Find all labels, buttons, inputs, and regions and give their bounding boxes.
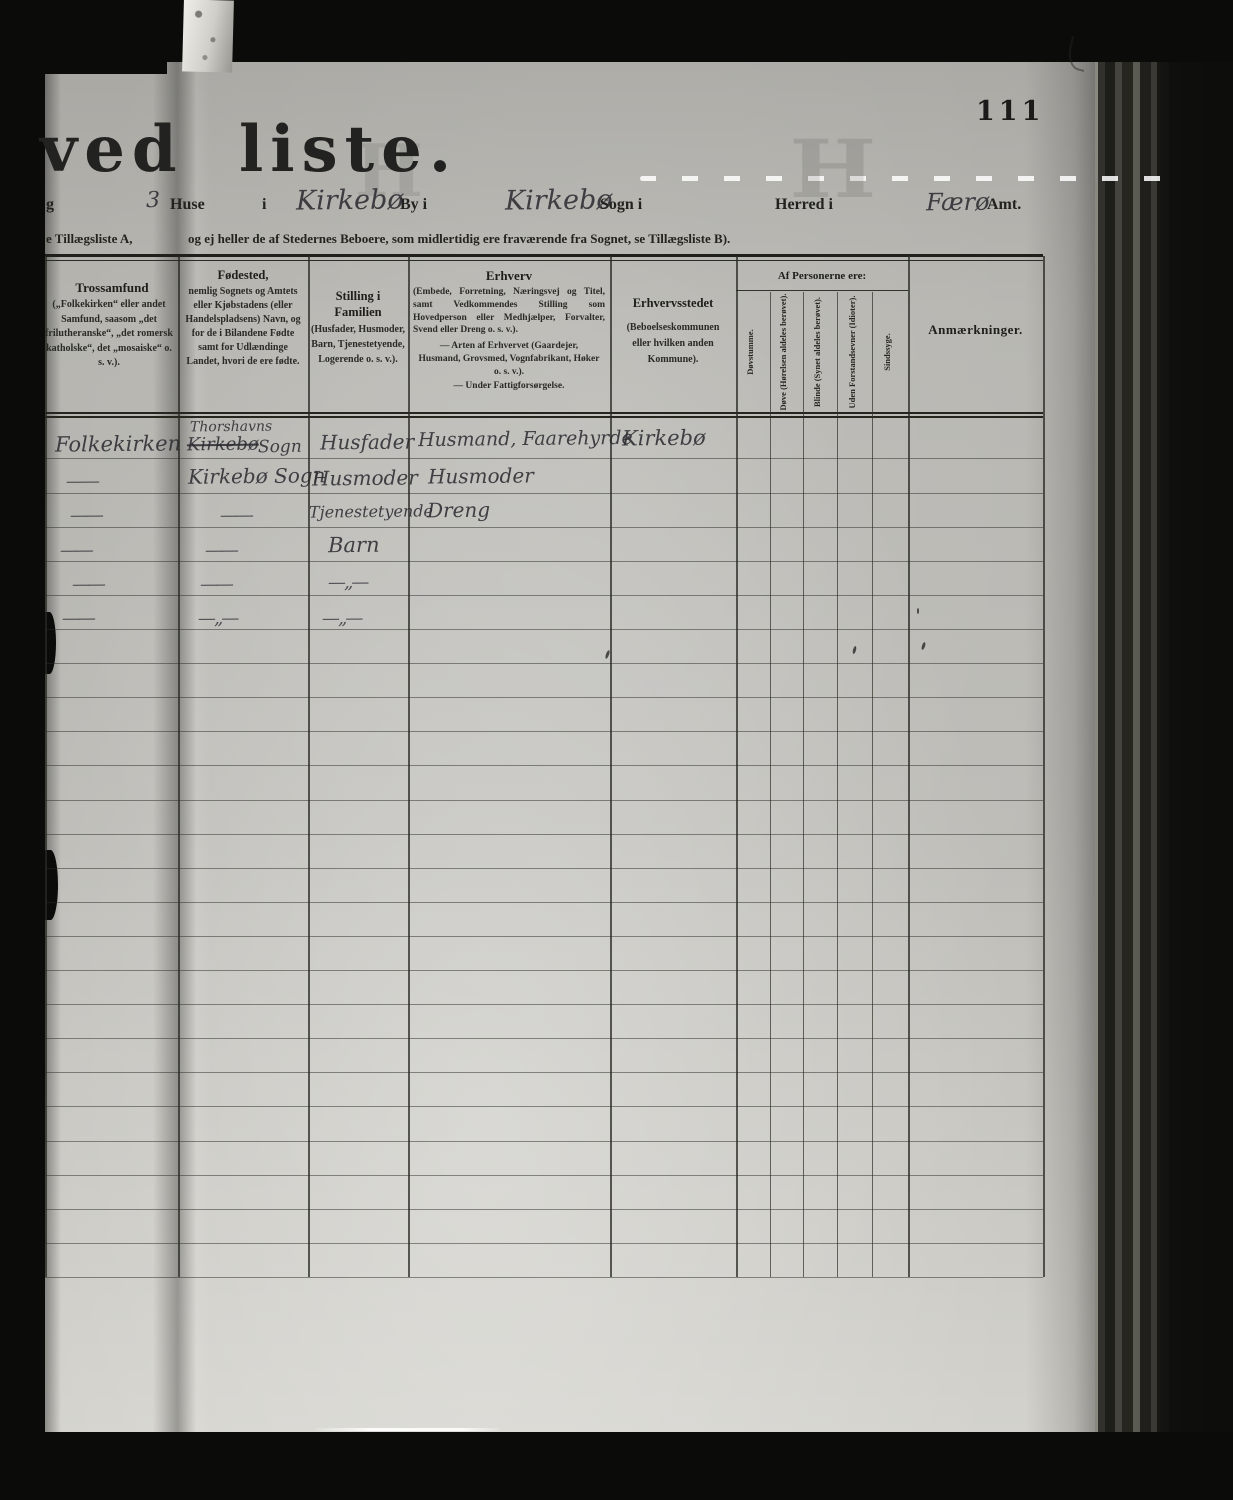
table-rule-horizontal — [45, 970, 1043, 971]
houses-label: Huse — [170, 196, 205, 214]
col-header-erhverv: Erhverv — [412, 268, 606, 284]
table-rule-horizontal — [45, 697, 1043, 698]
table-rule-horizontal — [45, 1209, 1043, 1210]
table-rule-horizontal — [45, 254, 1043, 257]
table-rule-vertical — [308, 256, 310, 1277]
amt-label: Amt. — [987, 196, 1021, 214]
col-header-foedested: Fødested, — [182, 268, 304, 283]
table-rule-horizontal — [45, 902, 1043, 903]
cell-stilling-r5: —„— — [328, 572, 368, 593]
page-title: ved liste. — [40, 112, 458, 187]
table-rule-horizontal — [45, 1106, 1043, 1107]
page-number: 111 — [976, 96, 1044, 127]
col-header-trossamfund: Trossamfund — [48, 280, 176, 296]
note-text: og ej heller de af Stedernes Beboere, so… — [188, 231, 730, 247]
cell-erhverv-r1: Husmand, Faarehyrde — [418, 427, 633, 451]
film-scratch — [640, 176, 1165, 181]
table-rule-vertical — [178, 256, 180, 1277]
cell-foedested-r4: —— — [205, 540, 237, 561]
cell-erhverv-r3: Dreng — [427, 498, 490, 523]
archive-tab — [182, 0, 234, 73]
status-col-sindssyge: Sindssyge. — [883, 292, 897, 412]
table-rule-horizontal — [45, 1243, 1043, 1244]
amt-value: Færø — [926, 188, 990, 217]
cell-trossamfund-r4: —— — [60, 540, 92, 561]
table-rule-vertical — [408, 256, 410, 1277]
col-subheader-stilling: (Husfader, Husmoder, Barn, Tjenestetyend… — [310, 322, 406, 367]
in-label: i — [262, 196, 266, 214]
book-edges-shadow — [1160, 0, 1233, 1500]
table-rule-horizontal — [45, 527, 1043, 528]
table-rule-horizontal — [45, 493, 1043, 494]
table-rule-horizontal — [45, 765, 1043, 766]
sogn-label: Sogn i — [600, 196, 642, 214]
status-col-blinde: Blinde (Synet aldeles berøvet). — [813, 292, 827, 412]
table-rule-horizontal — [45, 663, 1043, 664]
col-subheader-erhverv-2: — Arten af Erhvervet (Gaardejer, Husmand… — [418, 340, 600, 378]
cell-trossamfund-r5: —— — [72, 574, 104, 595]
film-scratch-bottom — [315, 1428, 500, 1431]
table-rule-horizontal — [736, 290, 908, 291]
table-rule-vertical — [1043, 256, 1045, 1277]
table-rule-vertical — [837, 292, 838, 1277]
cell-foedested-suffix-r1: Sogn — [258, 437, 302, 457]
table-rule-horizontal — [45, 561, 1043, 562]
by-label: By i — [400, 196, 427, 214]
table-rule-vertical — [770, 292, 771, 1277]
table-rule-horizontal — [45, 458, 1043, 459]
table-rule-horizontal — [45, 1072, 1043, 1073]
ink-speck — [917, 608, 919, 614]
sogn-value: Kirkebø — [505, 184, 613, 216]
table-rule-horizontal — [45, 868, 1043, 869]
status-col-dovstumme: Døvstumme. — [746, 292, 760, 412]
photo-black-margin-left — [0, 0, 45, 1500]
table-rule-horizontal — [45, 731, 1043, 732]
table-rule-horizontal — [45, 1004, 1043, 1005]
col-subheader-trossamfund: („Folkekirken“ eller andet Samfund, saas… — [42, 298, 176, 371]
table-rule-vertical — [908, 256, 910, 1277]
cell-trossamfund-r1: Folkekirken — [55, 431, 181, 456]
group-header-af-personerne: Af Personerne ere: — [736, 270, 908, 282]
table-rule-horizontal — [45, 1175, 1043, 1176]
table-rule-horizontal — [45, 834, 1043, 835]
cell-stilling-r3: Tjenestetyende — [309, 501, 433, 521]
col-subheader-erhverv-3: — Under Fattigforsørgelse. — [418, 381, 600, 391]
cell-foedested-r5: —— — [200, 574, 232, 595]
cell-stilling-r2: Husmoder — [312, 465, 418, 490]
table-rule-horizontal — [45, 412, 1043, 414]
herred-label: Herred i — [775, 196, 833, 214]
table-rule-vertical — [736, 256, 738, 1277]
col-header-stilling: Stilling i Familien — [312, 288, 404, 321]
cell-stilling-r1: Husfader — [320, 430, 414, 455]
photo-black-margin-bottom — [0, 1432, 1233, 1500]
col-header-erhvervsstedet: Erhvervsstedet — [614, 296, 732, 311]
table-rule-horizontal — [45, 416, 1043, 418]
table-rule-vertical — [610, 256, 612, 1277]
status-col-uden-forstandsevner: Uden Forstandsevner (Idioter). — [848, 292, 862, 412]
table-rule-horizontal — [45, 260, 1043, 261]
page-left-shadow — [45, 62, 61, 1432]
page-curl-shadow — [1025, 62, 1095, 1432]
table-rule-horizontal — [45, 1038, 1043, 1039]
table-rule-horizontal — [45, 1277, 1043, 1278]
table-rule-vertical — [803, 292, 804, 1277]
cell-foedested-r6: —„— — [198, 608, 238, 629]
cell-foedested-r3: —— — [220, 505, 252, 526]
table-rule-horizontal — [45, 1141, 1043, 1142]
cell-stilling-r4: Barn — [328, 533, 380, 558]
page-top-notch — [45, 62, 167, 74]
cell-stilling-r6: —„— — [322, 608, 362, 629]
cell-foedested-struck-r1: Kirkebø — [187, 434, 259, 456]
census-scan-photo: { "page": { "number": "111", "title_frag… — [0, 0, 1233, 1500]
houses-count-value: 3 — [146, 188, 160, 213]
by-value: Kirkebø — [296, 184, 404, 216]
col-subheader-foedested: nemlig Sognets og Amtets eller Kjøbstade… — [182, 285, 304, 369]
note-left-fragment: e Tillægsliste A, — [46, 231, 133, 247]
cell-trossamfund-r2: —— — [66, 471, 98, 492]
col-subheader-erhverv-1: (Embede, Forretning, Næringsvej og Titel… — [413, 286, 605, 337]
table-rule-horizontal — [45, 936, 1043, 937]
table-rule-horizontal — [45, 629, 1043, 630]
form-prefix-cut: g — [46, 196, 54, 214]
cell-foedested-r2: Kirkebø Sogn — [188, 463, 326, 488]
cell-erhverv-r2: Husmoder — [428, 463, 534, 488]
cell-trossamfund-r3: —— — [70, 505, 102, 526]
cell-trossamfund-r6: —— — [62, 608, 94, 629]
status-col-dove: Døve (Hørelsen aldeles berøvet). — [779, 292, 793, 412]
table-rule-vertical — [45, 256, 47, 1277]
col-header-anmaerkninger: Anmærkninger. — [910, 322, 1041, 338]
cell-erhvervssted-r1: Kirkebø — [622, 426, 706, 451]
table-rule-vertical — [872, 292, 873, 1277]
table-rule-horizontal — [45, 595, 1043, 596]
cell-foedested-correction-r1: Thorshavns — [190, 419, 272, 436]
col-subheader-erhvervsstedet: (Beboelseskommunen eller hvilken anden K… — [616, 320, 730, 368]
table-rule-horizontal — [45, 800, 1043, 801]
